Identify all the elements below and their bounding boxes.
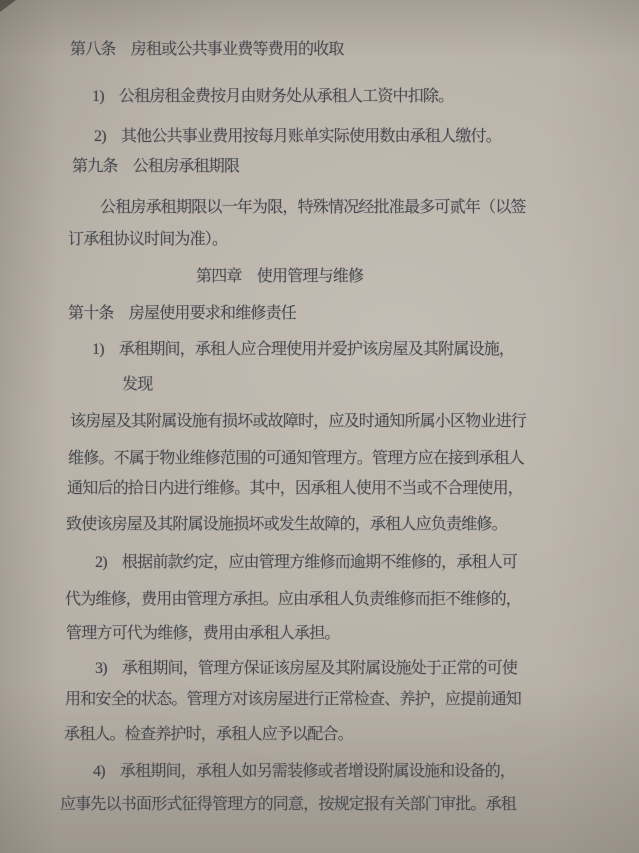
text-line: 通知后的拾日内进行维修。其中，因承租人使用不当或不合理使用，: [67, 477, 523, 501]
text-line: 用和安全的状态。管理方对该房屋进行正常检查、养护，应提前通知: [65, 688, 521, 712]
list-item: 3) 承租期间，管理方保证该房屋及其附属设施处于正常的可使: [95, 657, 517, 681]
text-line: 代为维修，费用由管理方承担。应由承租人负责维修而拒不维修的，: [65, 588, 521, 612]
text-line: 维修。不属于物业维修范围的可通知管理方。管理方应在接到承租人: [68, 447, 524, 471]
list-item: 2) 其他公共事业费用按每月账单实际使用数由承租人缴付。: [94, 125, 501, 149]
text-line: 发现: [122, 373, 152, 397]
text-line: 致使该房屋及其附属设施损坏或发生故障的，承租人应负责维修。: [66, 513, 507, 537]
list-item: 1) 承租期间，承租人应合理使用并爱护该房屋及其附属设施，: [92, 338, 514, 362]
article-heading: 第十条 房屋使用要求和维修责任: [68, 302, 296, 326]
text-line: 该房屋及其附属设施有损坏或故障时，应及时通知所属小区物业进行: [70, 410, 526, 434]
text-line: 承租人。检查养护时，承租人应予以配合。: [64, 723, 353, 747]
chapter-heading: 第四章 使用管理与维修: [196, 265, 363, 289]
text-line: 管理方可代为维修，费用由承租人承担。: [66, 622, 340, 646]
article-heading: 第八条 房租或公共事业费等费用的收取: [70, 38, 344, 62]
list-item: 2) 根据前款约定，应由管理方维修而逾期不维修的，承租人可: [95, 551, 517, 575]
text-line: 公租房承租期限以一年为限，特殊情况经批准最多可贰年（以签: [100, 196, 526, 220]
text-line: 应事先以书面形式征得管理方的同意，按规定报有关部门审批。承租: [60, 793, 516, 817]
list-item: 4) 承租期间，承租人如另需装修或者增设附属设施和设备的，: [93, 760, 515, 784]
text-line: 订承租协议时间为准）。: [68, 228, 227, 252]
article-heading: 第九条 公租房承租期限: [72, 155, 239, 179]
photo-corner-shadow: [0, 0, 16, 12]
document-page: 第八条 房租或公共事业费等费用的收取 1) 公租房租金费按月由财务处从承租人工资…: [0, 0, 639, 853]
list-item: 1) 公租房租金费按月由财务处从承租人工资中扣除。: [92, 85, 453, 109]
